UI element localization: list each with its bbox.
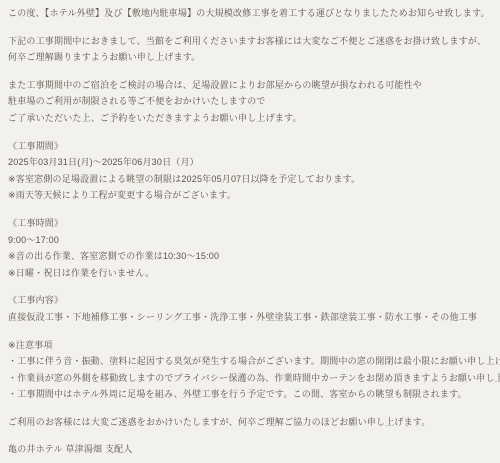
construction-hours-note-2: ※日曜・祝日は作業を行いません。 xyxy=(8,265,500,282)
renovation-notice: この度、【ホテル外壁】及び【敷地内駐車場】の大規模改修工事を着工する運びとなりま… xyxy=(8,5,500,458)
construction-period-note-1: ※客室窓側の足場設置による眺望の制限は2025年05月07日以降を予定しておりま… xyxy=(8,171,500,188)
construction-hours-section: 《工事時間》 9:00～17:00 ※音の出る作業、客室窓側での作業は10:30… xyxy=(8,215,500,281)
construction-period-heading: 《工事期間》 xyxy=(8,138,500,155)
intro-paragraph: この度、【ホテル外壁】及び【敷地内駐車場】の大規模改修工事を着工する運びとなりま… xyxy=(8,5,500,22)
reservation-line-2: 駐車場のご利用が制限される等ご不便をおかけいたしますので xyxy=(8,93,500,110)
closing-paragraph: ご利用のお客様には大変ご迷惑をおかけいたしますが、何卒ご理解ご協力のほどお願い申… xyxy=(8,414,500,431)
construction-hours-time: 9:00～17:00 xyxy=(8,232,500,249)
reservation-line-1: また工事期間中のご宿泊をご検討の場合は、足場設置によりお部屋からの眺望が損なわれ… xyxy=(8,77,500,94)
construction-details-section: 《工事内容》 直接仮設工事・下地補修工事・シーリング工事・洗浄工事・外壁塗装工事… xyxy=(8,292,500,325)
closing-line: ご利用のお客様には大変ご迷惑をおかけいたしますが、何卒ご理解ご協力のほどお願い申… xyxy=(8,414,500,431)
construction-hours-heading: 《工事時間》 xyxy=(8,215,500,232)
reservation-line-3: ご了承いただいた上、ご予約をいただきますようお願い申し上げます。 xyxy=(8,110,500,127)
caution-item-1: ・工事に伴う音・振動、塗料に起因する臭気が発生する場合がございます。期間中の窓の… xyxy=(8,353,500,370)
signature-paragraph: 亀の井ホテル 草津湯畑 支配人 xyxy=(8,441,500,458)
request-line-1: 下記の工事期間中におきまして、当館をご利用くださいますお客様には大変なご不便とご… xyxy=(8,33,500,50)
caution-item-3: ・工事期間中はホテル外周に足場を組み、外壁工事を行う予定です。この間、客室からの… xyxy=(8,386,500,403)
construction-details-list: 直接仮設工事・下地補修工事・シーリング工事・洗浄工事・外壁塗装工事・鉄部塗装工事… xyxy=(8,309,500,326)
intro-line: この度、【ホテル外壁】及び【敷地内駐車場】の大規模改修工事を着工する運びとなりま… xyxy=(8,5,500,22)
cautions-heading: ※注意事項 xyxy=(8,337,500,354)
construction-details-heading: 《工事内容》 xyxy=(8,292,500,309)
construction-period-dates: 2025年03月31日(月)～2025年06月30日（月） xyxy=(8,154,500,171)
request-paragraph: 下記の工事期間中におきまして、当館をご利用くださいますお客様には大変なご不便とご… xyxy=(8,33,500,66)
caution-item-2: ・作業員が窓の外側を移動致しますのでプライバシー保護の為、作業時間中カーテンをお… xyxy=(8,370,500,387)
cautions-section: ※注意事項 ・工事に伴う音・振動、塗料に起因する臭気が発生する場合がございます。… xyxy=(8,337,500,403)
construction-period-note-2: ※雨天等天候により工程が変更する場合がございます。 xyxy=(8,187,500,204)
construction-period-section: 《工事期間》 2025年03月31日(月)～2025年06月30日（月） ※客室… xyxy=(8,138,500,204)
reservation-notice-paragraph: また工事期間中のご宿泊をご検討の場合は、足場設置によりお部屋からの眺望が損なわれ… xyxy=(8,77,500,127)
signature-line: 亀の井ホテル 草津湯畑 支配人 xyxy=(8,441,500,458)
request-line-2: 何卒ご理解賜りますようお願い申し上げます。 xyxy=(8,49,500,66)
construction-hours-note-1: ※音の出る作業、客室窓側での作業は10:30～15:00 xyxy=(8,248,500,265)
